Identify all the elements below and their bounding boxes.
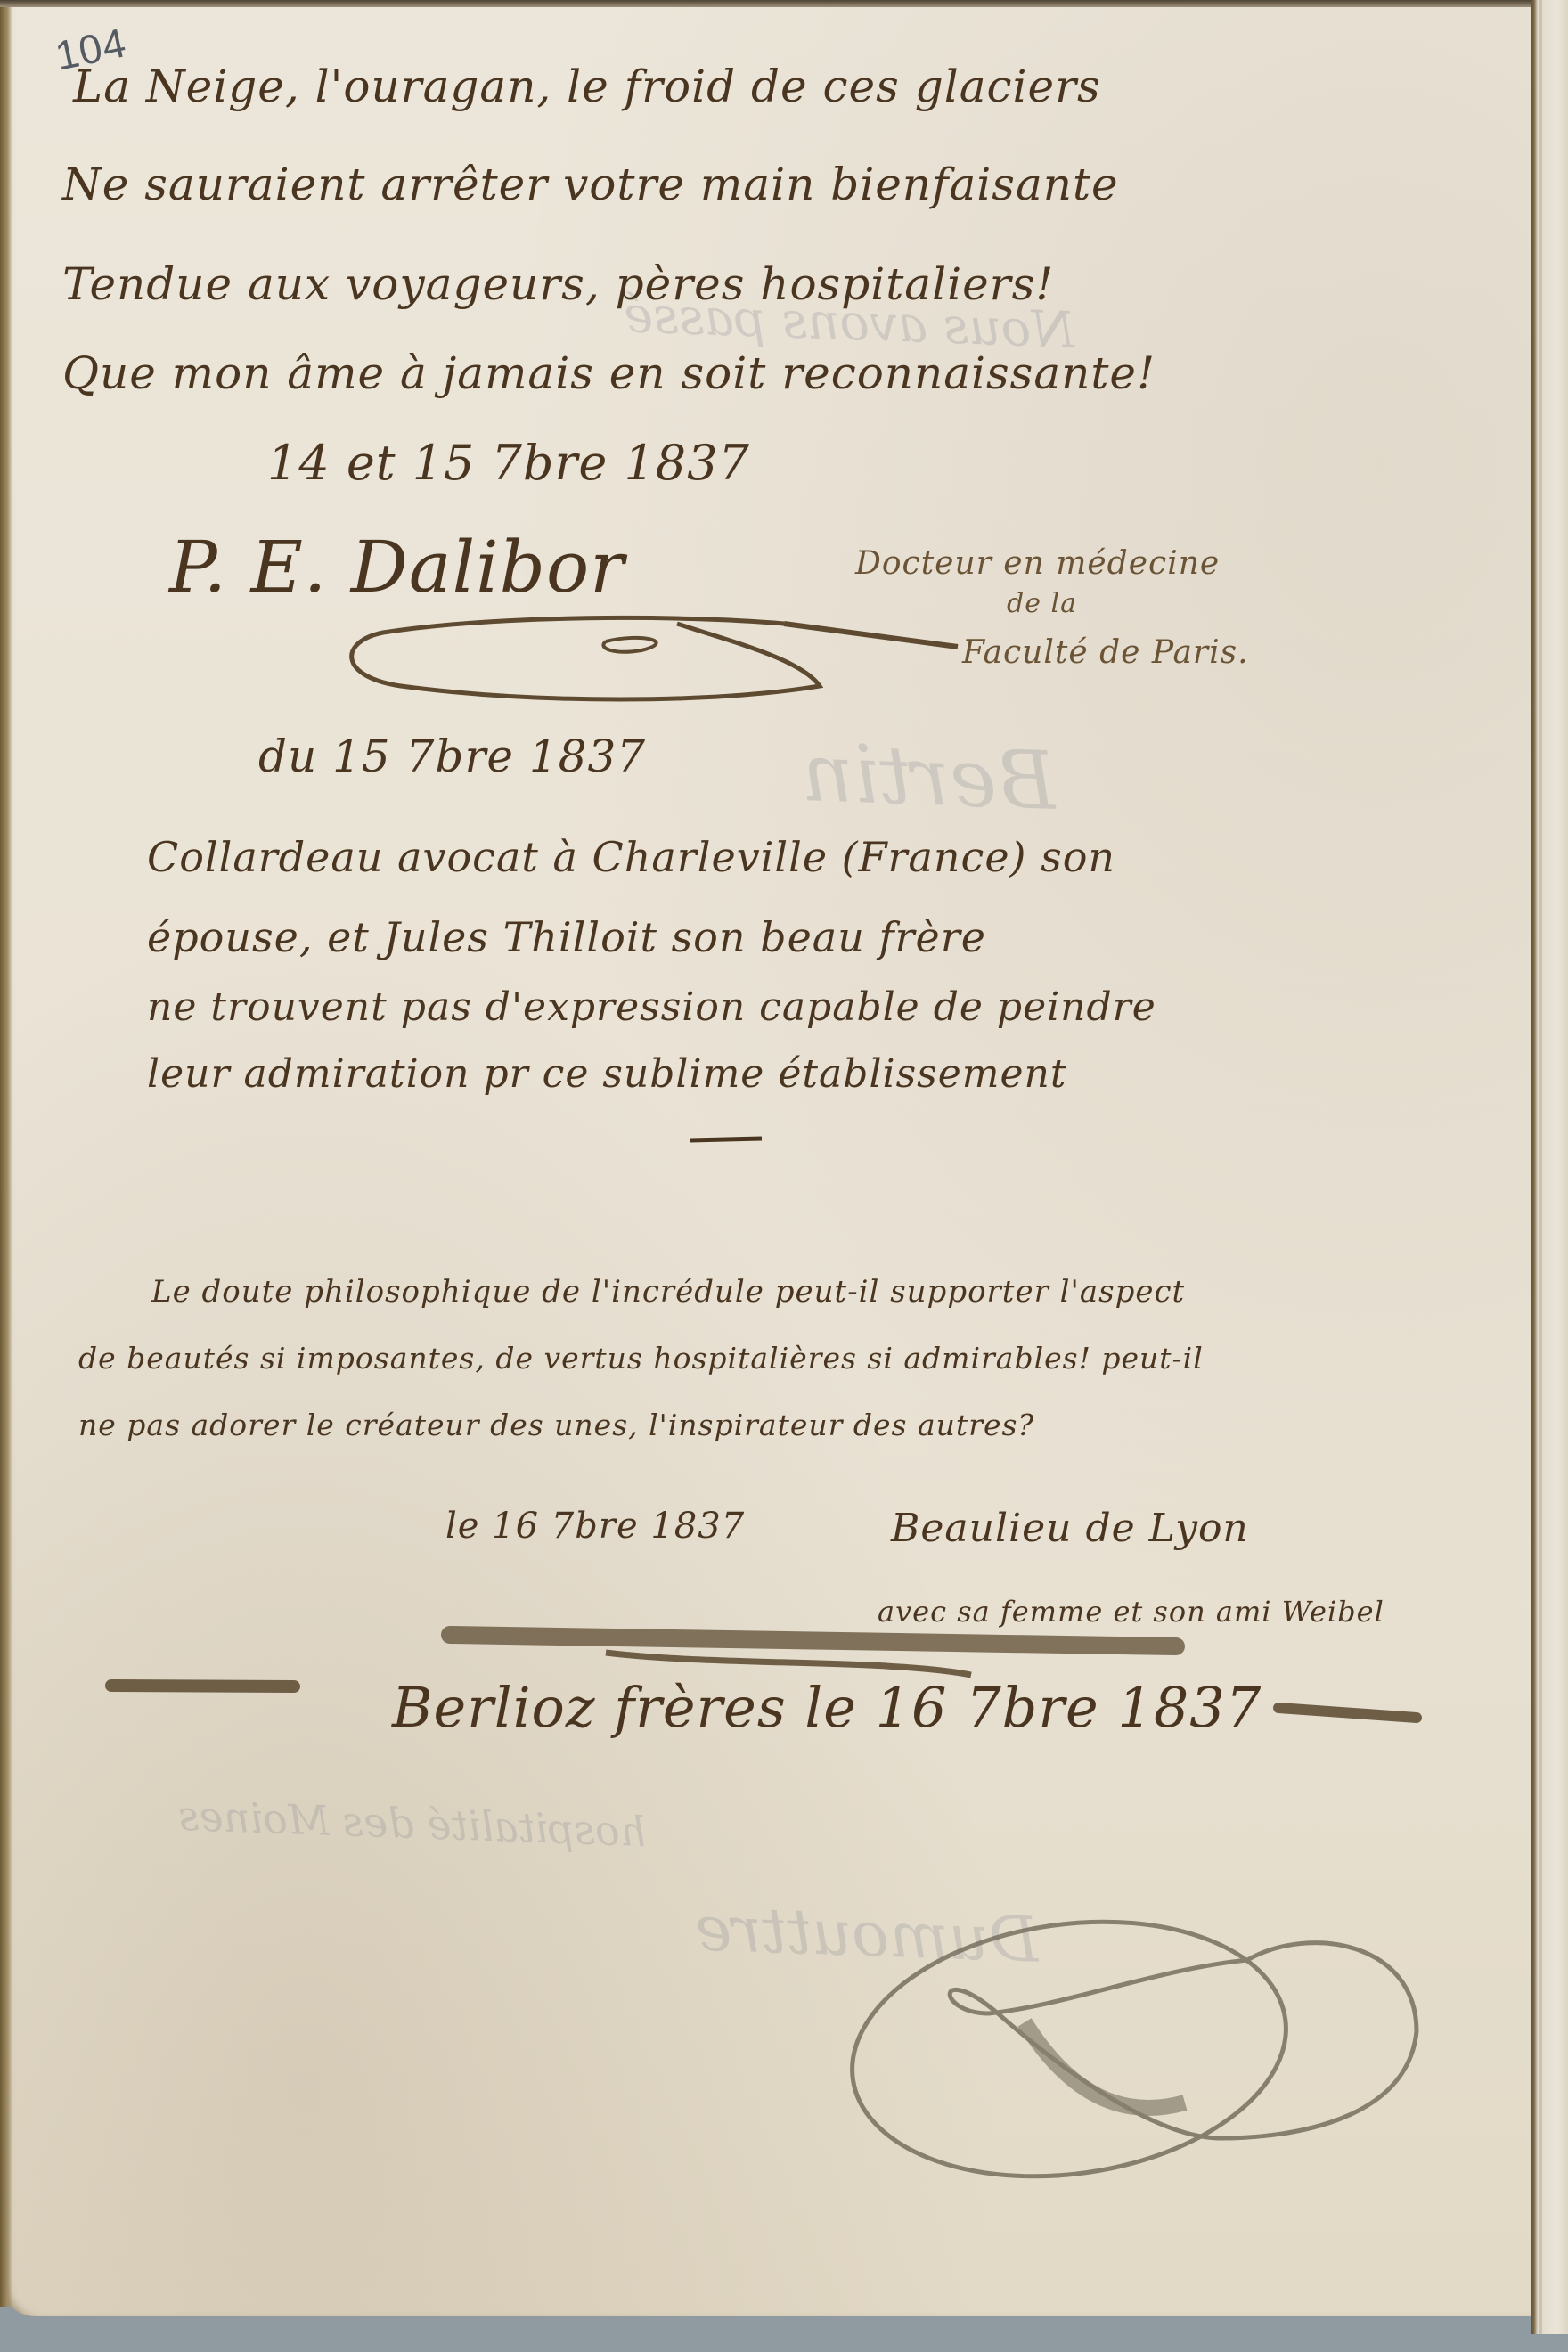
separator-rule	[1278, 1708, 1417, 1718]
ink-flourishes	[0, 0, 1568, 2352]
signature-flourish	[352, 617, 958, 699]
separator-rule	[111, 1686, 294, 1686]
separator-rule	[450, 1635, 1176, 1646]
stamp	[836, 1895, 1417, 2202]
underline-flourish	[606, 1653, 971, 1675]
separator-dash	[690, 1139, 762, 1140]
